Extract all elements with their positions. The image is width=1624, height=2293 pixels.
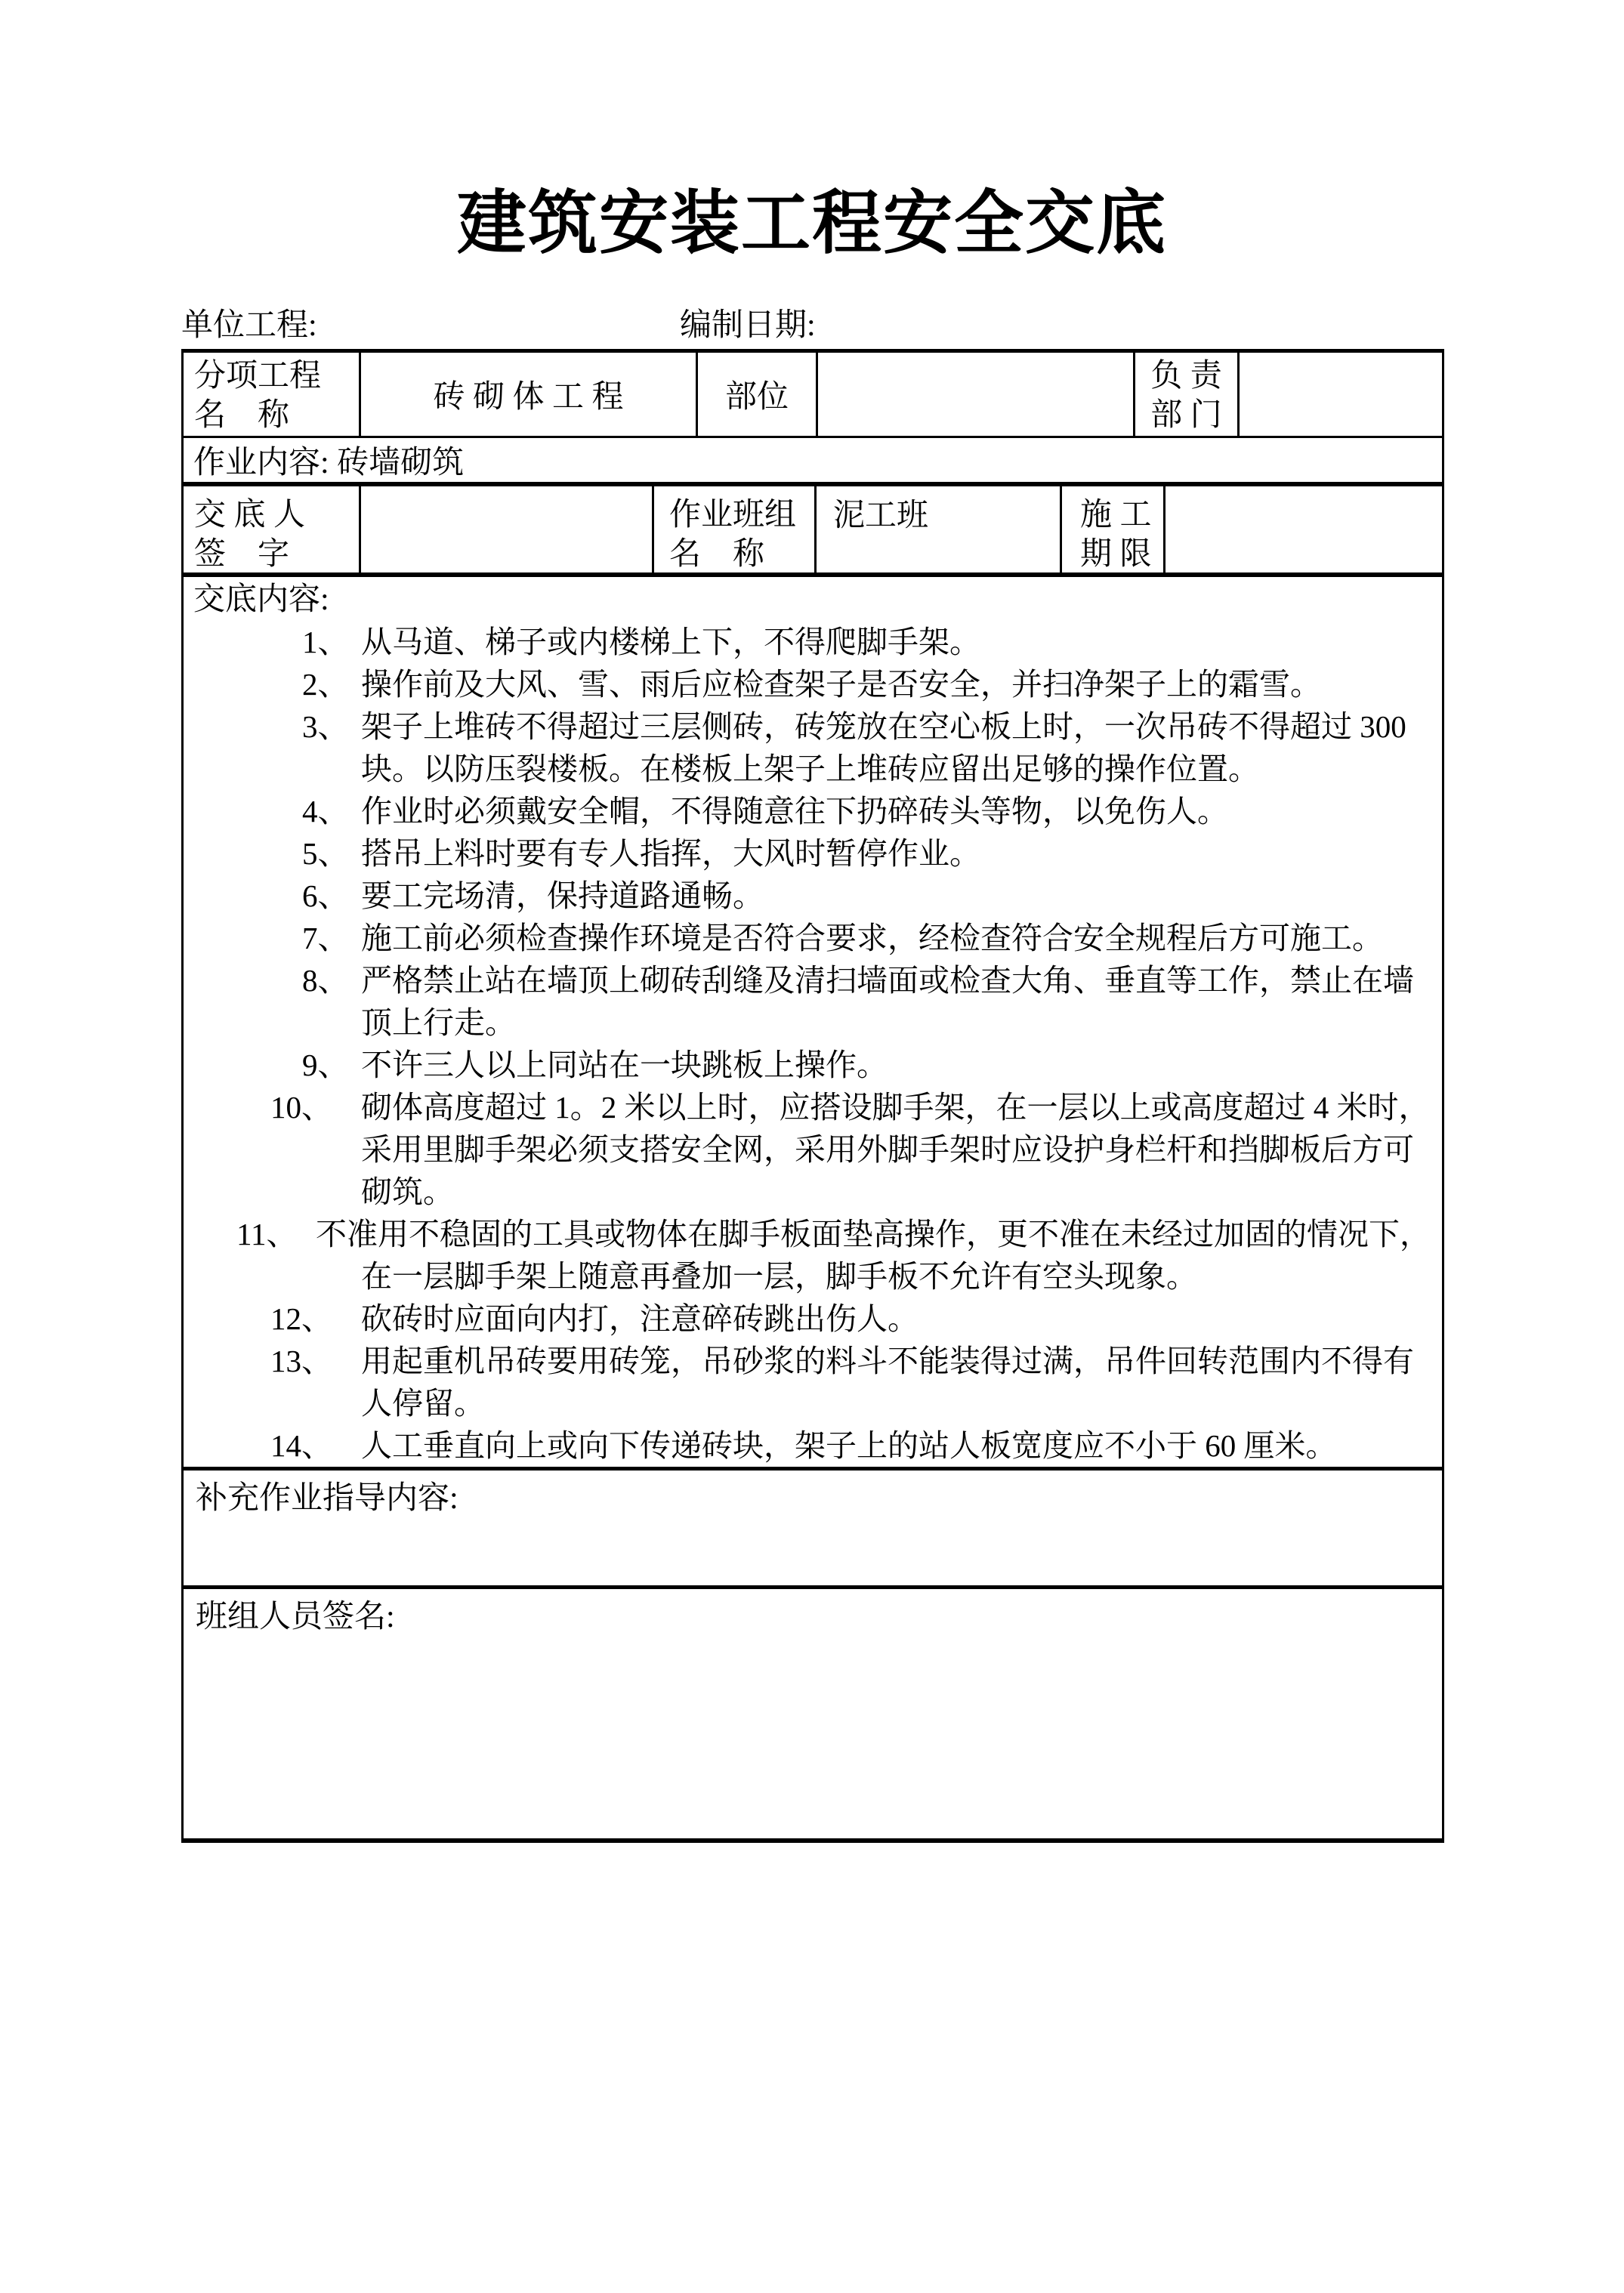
responsible-dept-label-cell: 负 责 部 门 <box>1133 353 1237 436</box>
compile-date-label: 编制日期: <box>680 307 816 344</box>
period-label-line1: 施 工 <box>1080 495 1163 535</box>
briefer-signature-cell <box>359 486 652 572</box>
construction-period-label-cell: 施 工 期 限 <box>1060 486 1163 572</box>
briefer-label-line2: 签 字 <box>194 535 359 572</box>
location-label-cell: 部位 <box>696 353 816 436</box>
briefing-item-number: 1、 <box>302 621 361 663</box>
briefing-item-number: 7、 <box>302 917 361 959</box>
period-label-line2: 期 限 <box>1080 535 1163 572</box>
signatures-label: 班组人员签名: <box>196 1600 395 1634</box>
briefing-item-number: 14、 <box>270 1424 361 1467</box>
briefing-item-number: 10、 <box>270 1086 361 1128</box>
briefing-item: 4、作业时必须戴安全帽，不得随意往下扔碎砖头等物，以免伤人。 <box>184 790 1433 832</box>
briefing-content-label: 交底内容: <box>184 579 1433 621</box>
dept-label-line2: 部 门 <box>1135 396 1237 435</box>
briefing-item: 6、要工完场清，保持道路通畅。 <box>184 875 1433 917</box>
team-name-label-cell: 作业班组 名 称 <box>652 486 814 572</box>
briefing-item: 7、施工前必须检查操作环境是否符合要求，经检查符合安全规程后方可施工。 <box>184 917 1433 959</box>
location-label: 部位 <box>725 372 789 417</box>
team-label-line2: 名 称 <box>669 535 814 572</box>
sub-project-name-value-cell: 砖 砌 体 工 程 <box>359 353 696 436</box>
table-row-subproject: 分项工程 名 称 砖 砌 体 工 程 部位 负 责 部 门 <box>184 353 1442 436</box>
table-row-work-content: 作业内容: 砖墙砌筑 <box>184 436 1442 482</box>
sub-project-label-line2: 名 称 <box>194 396 359 435</box>
sub-project-name-label-cell: 分项工程 名 称 <box>184 353 359 436</box>
document-page: 建筑安装工程安全交底 单位工程: 编制日期: 分项工程 名 称 砖 砌 体 工 … <box>0 0 1624 2293</box>
briefing-item-number: 4、 <box>302 790 361 832</box>
table-row-briefing-content: 交底内容: 1、从马道、梯子或内楼梯上下，不得爬脚手架。2、操作前及大风、雪、雨… <box>184 572 1442 1467</box>
team-value: 泥工班 <box>833 498 928 533</box>
briefing-item: 11、不准用不稳固的工具或物体在脚手板面垫高操作，更不准在未经过加固的情况下，在… <box>184 1213 1433 1298</box>
briefing-item-number: 11、 <box>236 1213 316 1255</box>
sub-project-label-line1: 分项工程 <box>194 356 359 396</box>
table-row-signatures: 班组人员签名: <box>184 1585 1442 1838</box>
work-content-cell: 作业内容: 砖墙砌筑 <box>184 438 1442 482</box>
briefing-item-number: 8、 <box>302 959 361 1001</box>
briefing-item: 14、人工垂直向上或向下传递砖块，架子上的站人板宽度应不小于 60 厘米。 <box>184 1424 1433 1467</box>
briefing-item-number: 9、 <box>302 1044 361 1086</box>
briefing-item: 5、搭吊上料时要有专人指挥，大风时暂停作业。 <box>184 832 1433 875</box>
briefing-item-number: 3、 <box>302 705 361 748</box>
team-label-line1: 作业班组 <box>669 495 814 535</box>
table-row-supplement: 补充作业指导内容: <box>184 1467 1442 1585</box>
meta-line: 单位工程: 编制日期: <box>181 307 1444 344</box>
briefing-content-cell: 交底内容: 1、从马道、梯子或内楼梯上下，不得爬脚手架。2、操作前及大风、雪、雨… <box>184 577 1442 1467</box>
responsible-dept-value-cell <box>1237 353 1442 436</box>
sub-project-value: 砖 砌 体 工 程 <box>433 372 623 417</box>
signatures-cell: 班组人员签名: <box>184 1589 1442 1838</box>
team-name-value-cell: 泥工班 <box>814 486 1060 572</box>
briefing-item: 1、从马道、梯子或内楼梯上下，不得爬脚手架。 <box>184 621 1433 663</box>
dept-label-line1: 负 责 <box>1135 356 1237 396</box>
page-title: 建筑安装工程安全交底 <box>0 168 1624 267</box>
briefing-item-number: 12、 <box>270 1298 361 1340</box>
unit-project-label: 单位工程: <box>181 308 317 343</box>
briefing-items: 1、从马道、梯子或内楼梯上下，不得爬脚手架。2、操作前及大风、雪、雨后应检查架子… <box>184 621 1433 1467</box>
briefing-item-number: 5、 <box>302 832 361 875</box>
briefer-label-line1: 交 底 人 <box>194 495 359 535</box>
construction-period-value-cell <box>1163 486 1442 572</box>
briefing-table: 分项工程 名 称 砖 砌 体 工 程 部位 负 责 部 门 作业内容 <box>181 349 1444 1843</box>
briefing-item-number: 6、 <box>302 875 361 917</box>
briefing-item: 10、砌体高度超过 1。2 米以上时，应搭设脚手架，在一层以上或高度超过 4 米… <box>184 1086 1433 1213</box>
briefing-item: 13、用起重机吊砖要用砖笼，吊砂浆的料斗不能装得过满，吊件回转范围内不得有人停留… <box>184 1340 1433 1424</box>
supplement-cell: 补充作业指导内容: <box>184 1471 1442 1585</box>
table-row-briefer: 交 底 人 签 字 作业班组 名 称 泥工班 施 工 期 限 <box>184 482 1442 572</box>
briefing-item: 2、操作前及大风、雪、雨后应检查架子是否安全，并扫净架子上的霜雪。 <box>184 663 1433 705</box>
supplement-label: 补充作业指导内容: <box>196 1481 458 1516</box>
briefing-item: 8、严格禁止站在墙顶上砌砖刮缝及清扫墙面或检查大角、垂直等工作，禁止在墙顶上行走… <box>184 959 1433 1044</box>
briefing-item-number: 2、 <box>302 663 361 705</box>
work-content-text: 作业内容: 砖墙砌筑 <box>193 438 464 482</box>
briefing-item: 12、砍砖时应面向内打，注意碎砖跳出伤人。 <box>184 1298 1433 1340</box>
briefing-item: 3、架子上堆砖不得超过三层侧砖，砖笼放在空心板上时，一次吊砖不得超过 300 块… <box>184 705 1433 790</box>
briefing-item-number: 13、 <box>270 1340 361 1382</box>
location-value-cell <box>816 353 1133 436</box>
briefing-item: 9、不许三人以上同站在一块跳板上操作。 <box>184 1044 1433 1086</box>
briefer-signature-label-cell: 交 底 人 签 字 <box>184 486 359 572</box>
